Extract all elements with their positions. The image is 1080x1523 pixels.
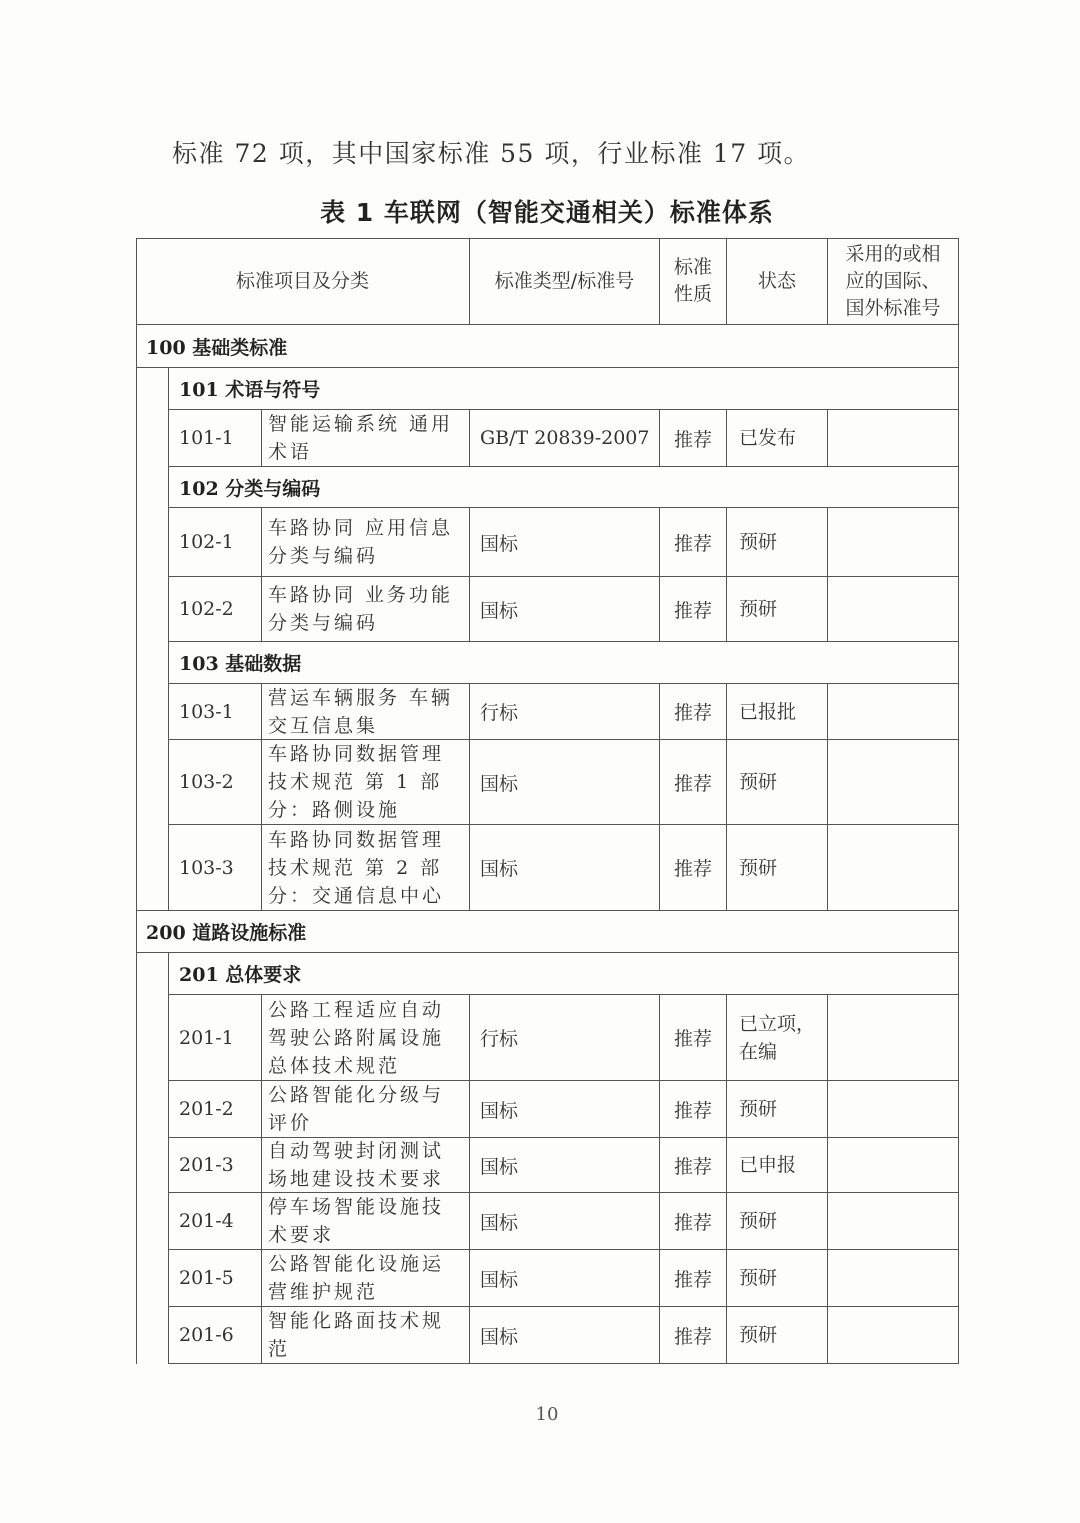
row-code: 102-1	[169, 508, 262, 577]
row-type: 国标	[470, 1138, 660, 1193]
table-row: 201-1 公路工程适应自动驾驶公路附属设施总体技术规范 行标 推荐 已立项，在…	[136, 995, 959, 1081]
row-nature: 推荐	[660, 1081, 727, 1138]
row-intl	[828, 825, 959, 911]
row-name: 车路协同数据管理技术规范 第 2 部分：交通信息中心	[262, 825, 470, 911]
table-row: 102-2 车路协同 业务功能分类与编码 国标 推荐 预研	[136, 577, 959, 642]
header-nature-line: 标准	[674, 254, 712, 281]
row-intl	[828, 1250, 959, 1307]
row-status: 预研	[727, 825, 828, 911]
row-code: 101-1	[169, 410, 262, 467]
row-status: 预研	[727, 508, 828, 577]
table-row: 103-3 车路协同数据管理技术规范 第 2 部分：交通信息中心 国标 推荐 预…	[136, 825, 959, 911]
row-code: 103-3	[169, 825, 262, 911]
row-status: 预研	[727, 1250, 828, 1307]
section-label: 200 道路设施标准	[136, 911, 959, 953]
row-status: 已申报	[727, 1138, 828, 1193]
section-label: 102 分类与编码	[169, 467, 959, 508]
row-code: 103-1	[169, 684, 262, 740]
row-code: 201-5	[169, 1250, 262, 1307]
table-row: 201-3 自动驾驶封闭测试场地建设技术要求 国标 推荐 已申报	[136, 1138, 959, 1193]
row-type: GB/T 20839-2007	[470, 410, 660, 467]
table-row: 103-2 车路协同数据管理技术规范 第 1 部分：路侧设施 国标 推荐 预研	[136, 740, 959, 825]
row-nature: 推荐	[660, 1193, 727, 1250]
row-code: 201-3	[169, 1138, 262, 1193]
row-nature: 推荐	[660, 1138, 727, 1193]
row-nature: 推荐	[660, 410, 727, 467]
table-row: 201-4 停车场智能设施技术要求 国标 推荐 预研	[136, 1193, 959, 1250]
row-status: 预研	[727, 577, 828, 642]
row-code: 201-2	[169, 1081, 262, 1138]
row-type: 行标	[470, 995, 660, 1081]
table-row: 201-6 智能化路面技术规范 国标 推荐 预研	[136, 1307, 959, 1364]
row-intl	[828, 508, 959, 577]
section-row-102: 102 分类与编码	[136, 467, 959, 508]
table-row: 103-1 营运车辆服务 车辆交互信息集 行标 推荐 已报批	[136, 684, 959, 740]
header-item: 标准项目及分类	[136, 238, 470, 325]
row-code: 103-2	[169, 740, 262, 825]
header-status: 状态	[727, 238, 828, 325]
section-label: 201 总体要求	[169, 953, 959, 995]
header-intl-line: 采用的或相	[845, 241, 940, 268]
row-nature: 推荐	[660, 577, 727, 642]
table-header-row: 标准项目及分类 标准类型/标准号 标准 性质 状态 采用的或相 应的国际、 国外…	[136, 238, 959, 325]
table-row: 102-1 车路协同 应用信息分类与编码 国标 推荐 预研	[136, 508, 959, 577]
row-name: 公路工程适应自动驾驶公路附属设施总体技术规范	[262, 995, 470, 1081]
row-name: 智能化路面技术规范	[262, 1307, 470, 1364]
section-label: 101 术语与符号	[169, 368, 959, 410]
row-intl	[828, 740, 959, 825]
header-intl-line: 应的国际、	[845, 268, 940, 295]
table-row: 201-2 公路智能化分级与评价 国标 推荐 预研	[136, 1081, 959, 1138]
row-status: 预研	[727, 1307, 828, 1364]
section-label: 103 基础数据	[169, 642, 959, 684]
row-nature: 推荐	[660, 508, 727, 577]
intro-paragraph: 标准 72 项，其中国家标准 55 项，行业标准 17 项。	[172, 134, 810, 170]
page-number: 10	[0, 1404, 1080, 1425]
section-row-200: 200 道路设施标准	[136, 911, 959, 953]
row-status: 预研	[727, 740, 828, 825]
row-type: 国标	[470, 1081, 660, 1138]
row-name: 停车场智能设施技术要求	[262, 1193, 470, 1250]
section-row-101: 101 术语与符号	[136, 368, 959, 410]
header-intl: 采用的或相 应的国际、 国外标准号	[828, 238, 959, 325]
row-name: 自动驾驶封闭测试场地建设技术要求	[262, 1138, 470, 1193]
row-name: 车路协同 业务功能分类与编码	[262, 577, 470, 642]
row-status: 已报批	[727, 684, 828, 740]
header-type: 标准类型/标准号	[470, 238, 660, 325]
row-status: 已立项，在编	[727, 995, 828, 1081]
row-type: 国标	[470, 1307, 660, 1364]
section-label: 100 基础类标准	[136, 325, 959, 368]
row-nature: 推荐	[660, 1307, 727, 1364]
row-type: 国标	[470, 740, 660, 825]
table-caption: 表 1 车联网（智能交通相关）标准体系	[0, 193, 1080, 229]
row-code: 102-2	[169, 577, 262, 642]
row-nature: 推荐	[660, 995, 727, 1081]
header-nature: 标准 性质	[660, 238, 727, 325]
row-intl	[828, 1307, 959, 1364]
table-row: 201-5 公路智能化设施运营维护规范 国标 推荐 预研	[136, 1250, 959, 1307]
row-type: 行标	[470, 684, 660, 740]
row-intl	[828, 995, 959, 1081]
row-type: 国标	[470, 1193, 660, 1250]
section-row-100: 100 基础类标准	[136, 325, 959, 368]
row-status: 预研	[727, 1081, 828, 1138]
row-code: 201-4	[169, 1193, 262, 1250]
row-intl	[828, 577, 959, 642]
row-intl	[828, 1138, 959, 1193]
row-intl	[828, 1081, 959, 1138]
row-name: 智能运输系统 通用术语	[262, 410, 470, 467]
row-type: 国标	[470, 508, 660, 577]
row-code: 201-6	[169, 1307, 262, 1364]
row-code: 201-1	[169, 995, 262, 1081]
row-nature: 推荐	[660, 740, 727, 825]
header-intl-line: 国外标准号	[845, 295, 940, 322]
row-status: 预研	[727, 1193, 828, 1250]
row-intl	[828, 684, 959, 740]
header-nature-line: 性质	[674, 281, 712, 308]
row-nature: 推荐	[660, 825, 727, 911]
row-name: 车路协同 应用信息分类与编码	[262, 508, 470, 577]
row-name: 公路智能化设施运营维护规范	[262, 1250, 470, 1307]
row-name: 车路协同数据管理技术规范 第 1 部分：路侧设施	[262, 740, 470, 825]
row-name: 营运车辆服务 车辆交互信息集	[262, 684, 470, 740]
row-intl	[828, 410, 959, 467]
row-nature: 推荐	[660, 1250, 727, 1307]
section-row-103: 103 基础数据	[136, 642, 959, 684]
table-row: 101-1 智能运输系统 通用术语 GB/T 20839-2007 推荐 已发布	[136, 410, 959, 467]
row-type: 国标	[470, 577, 660, 642]
row-type: 国标	[470, 1250, 660, 1307]
row-nature: 推荐	[660, 684, 727, 740]
section-row-201: 201 总体要求	[136, 953, 959, 995]
row-name: 公路智能化分级与评价	[262, 1081, 470, 1138]
row-intl	[828, 1193, 959, 1250]
row-type: 国标	[470, 825, 660, 911]
row-status: 已发布	[727, 410, 828, 467]
